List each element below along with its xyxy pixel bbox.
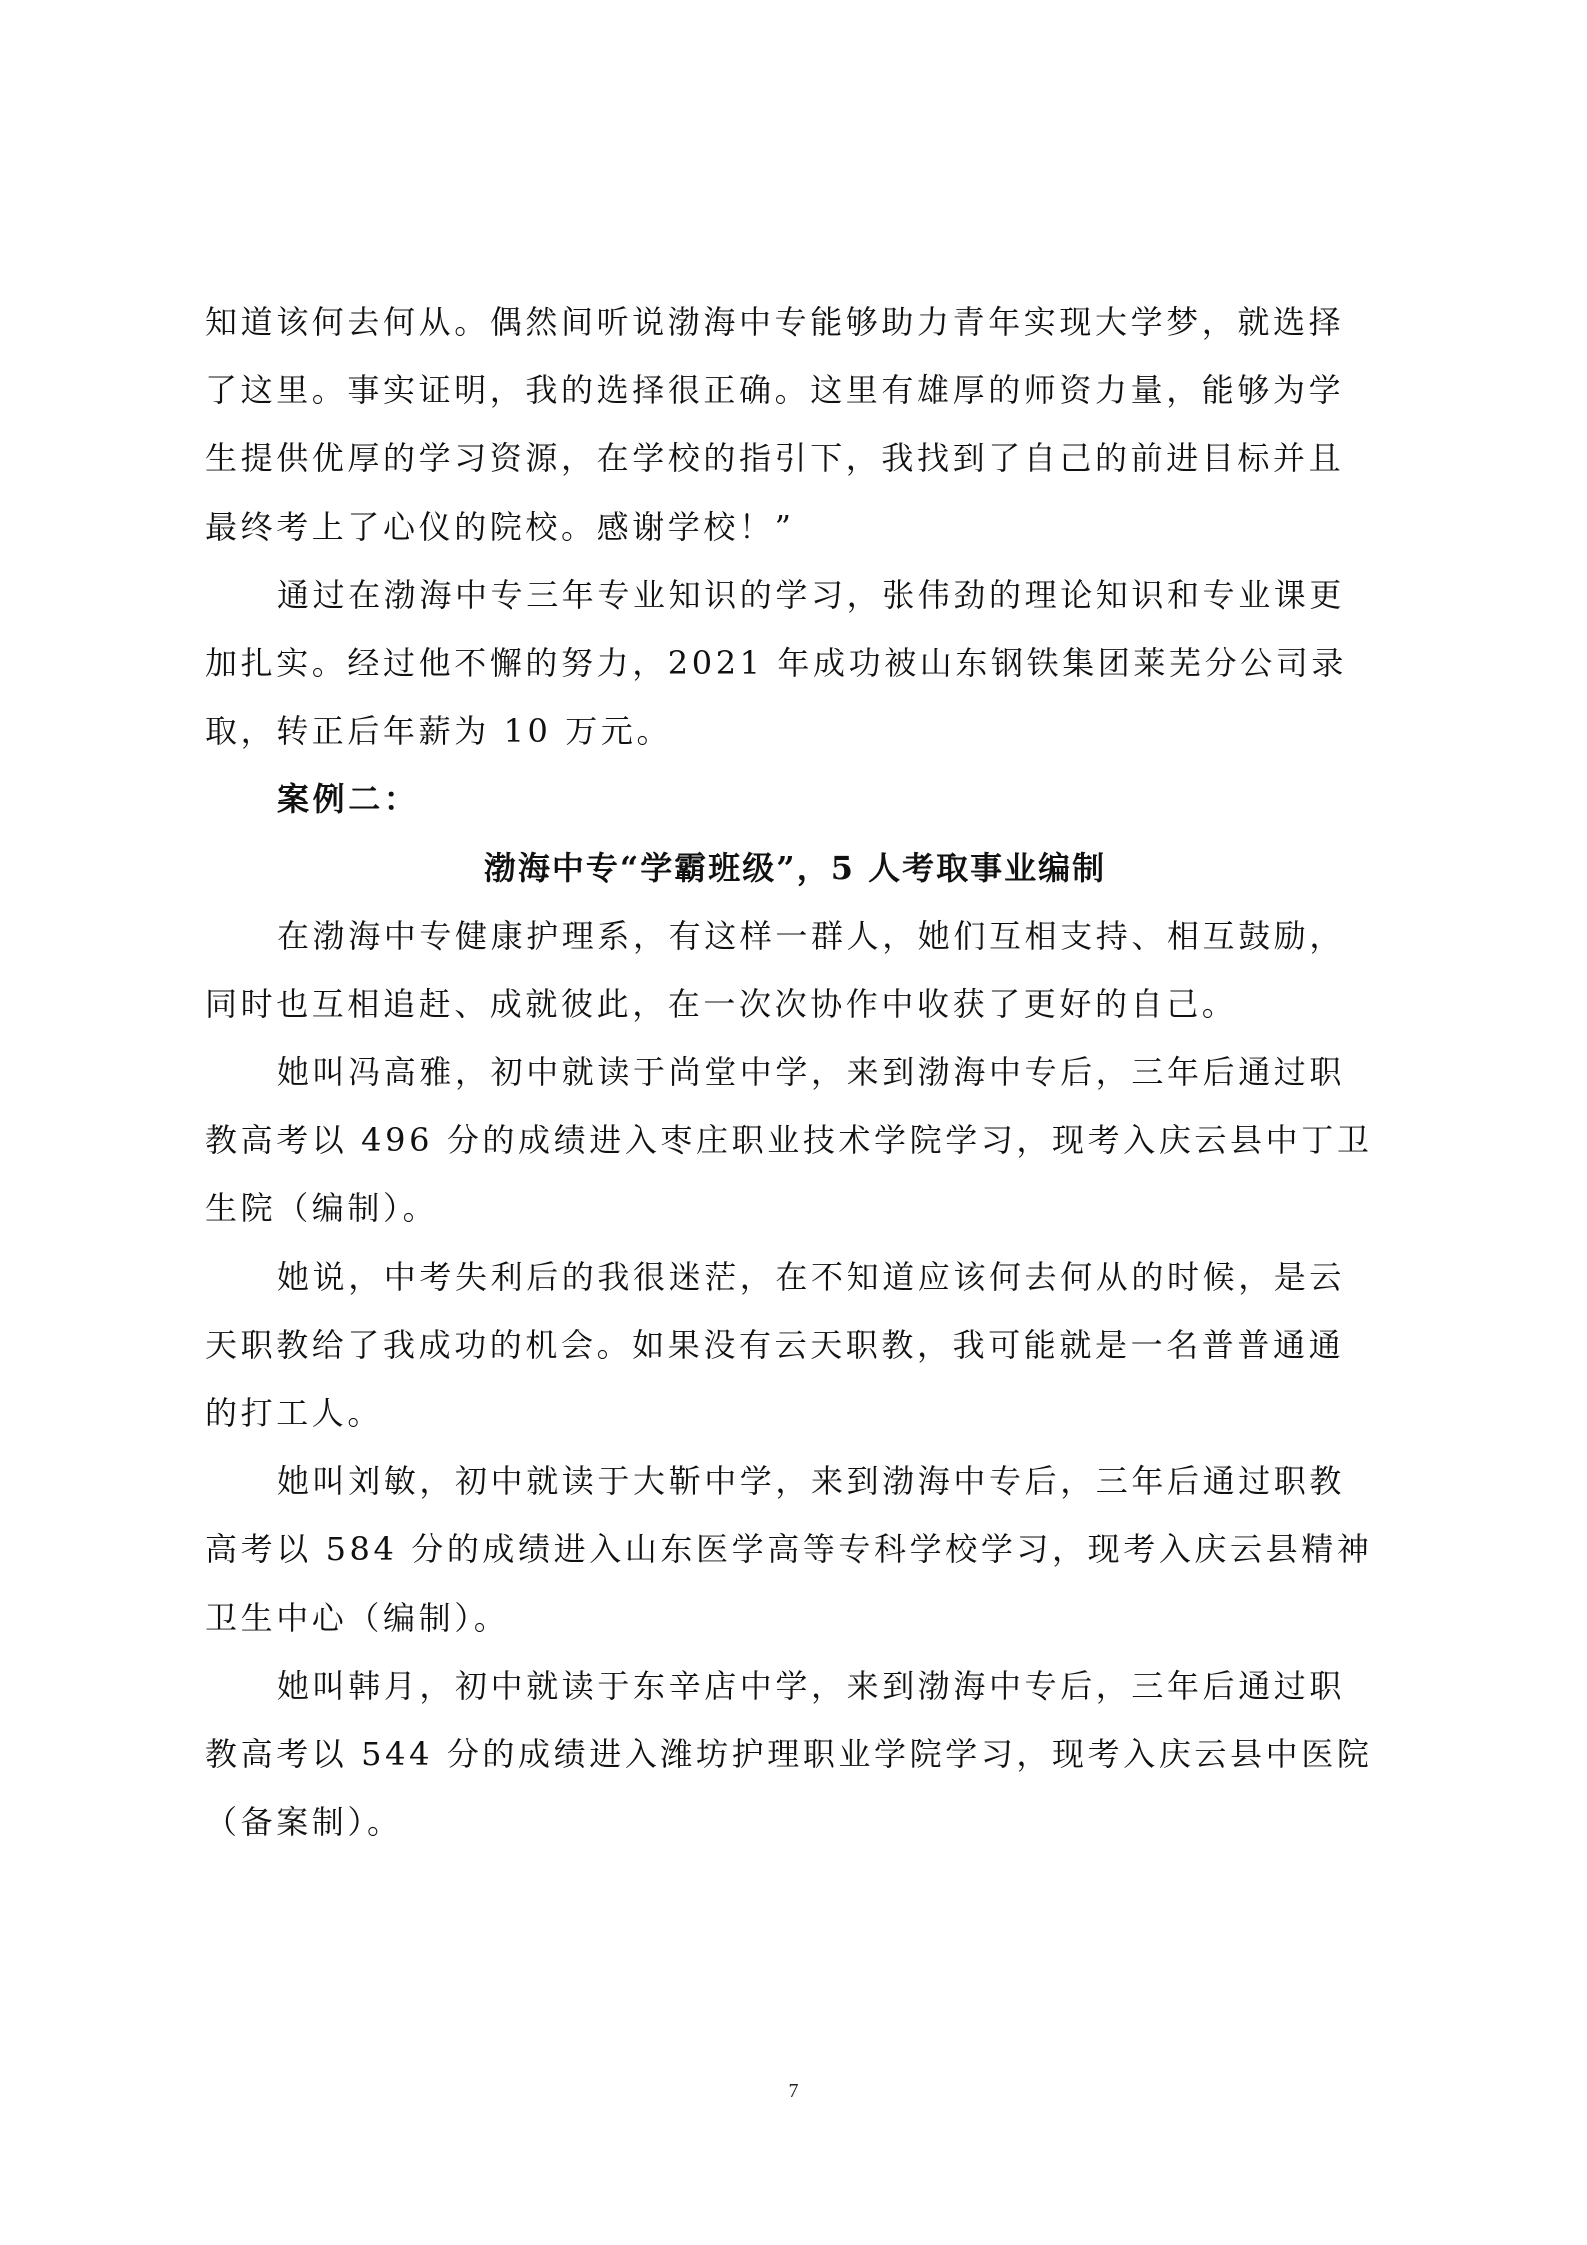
section-title: 渤海中专“学霸班级”，5 人考取事业编制 [205, 834, 1385, 902]
text-line: 教高考以 496 分的成绩进入枣庄职业技术学院学习，现考入庆云县中丁卫 [205, 1106, 1385, 1174]
paragraph-start: 她叫韩月，初中就读于东辛店中学，来到渤海中专后，三年后通过职 [205, 1652, 1385, 1720]
case-heading: 案例二： [205, 765, 1385, 833]
text-line: 天职教给了我成功的机会。如果没有云天职教，我可能就是一名普普通通 [205, 1311, 1385, 1379]
page-number: 7 [0, 2080, 1587, 2103]
text-line: 加扎实。经过他不懈的努力，2021 年成功被山东钢铁集团莱芜分公司录 [205, 629, 1385, 697]
text-line: （备案制）。 [205, 1788, 1385, 1856]
paragraph-start: 她叫冯高雅，初中就读于尚堂中学，来到渤海中专后，三年后通过职 [205, 1038, 1385, 1106]
paragraph-start: 通过在渤海中专三年专业知识的学习，张伟劲的理论知识和专业课更 [205, 561, 1385, 629]
text-line: 知道该何去何从。偶然间听说渤海中专能够助力青年实现大学梦，就选择 [205, 288, 1385, 356]
paragraph-start: 在渤海中专健康护理系，有这样一群人，她们互相支持、相互鼓励， [205, 902, 1385, 970]
document-page: 知道该何去何从。偶然间听说渤海中专能够助力青年实现大学梦，就选择 了这里。事实证… [0, 0, 1587, 2245]
paragraph-start: 她说，中考失利后的我很迷茫，在不知道应该何去何从的时候，是云 [205, 1243, 1385, 1311]
text-line: 生提供优厚的学习资源，在学校的指引下，我找到了自己的前进目标并且 [205, 424, 1385, 492]
text-line: 最终考上了心仪的院校。感谢学校！” [205, 493, 1385, 561]
text-line: 了这里。事实证明，我的选择很正确。这里有雄厚的师资力量，能够为学 [205, 356, 1385, 424]
text-line: 的打工人。 [205, 1379, 1385, 1447]
document-body: 知道该何去何从。偶然间听说渤海中专能够助力青年实现大学梦，就选择 了这里。事实证… [205, 288, 1385, 1856]
paragraph-start: 她叫刘敏，初中就读于大靳中学，来到渤海中专后，三年后通过职教 [205, 1447, 1385, 1515]
text-line: 高考以 584 分的成绩进入山东医学高等专科学校学习，现考入庆云县精神 [205, 1515, 1385, 1583]
text-line: 教高考以 544 分的成绩进入潍坊护理职业学院学习，现考入庆云县中医院 [205, 1720, 1385, 1788]
text-line: 同时也互相追赶、成就彼此，在一次次协作中收获了更好的自己。 [205, 970, 1385, 1038]
text-line: 取，转正后年薪为 10 万元。 [205, 697, 1385, 765]
text-line: 卫生中心（编制）。 [205, 1584, 1385, 1652]
text-line: 生院（编制）。 [205, 1174, 1385, 1242]
